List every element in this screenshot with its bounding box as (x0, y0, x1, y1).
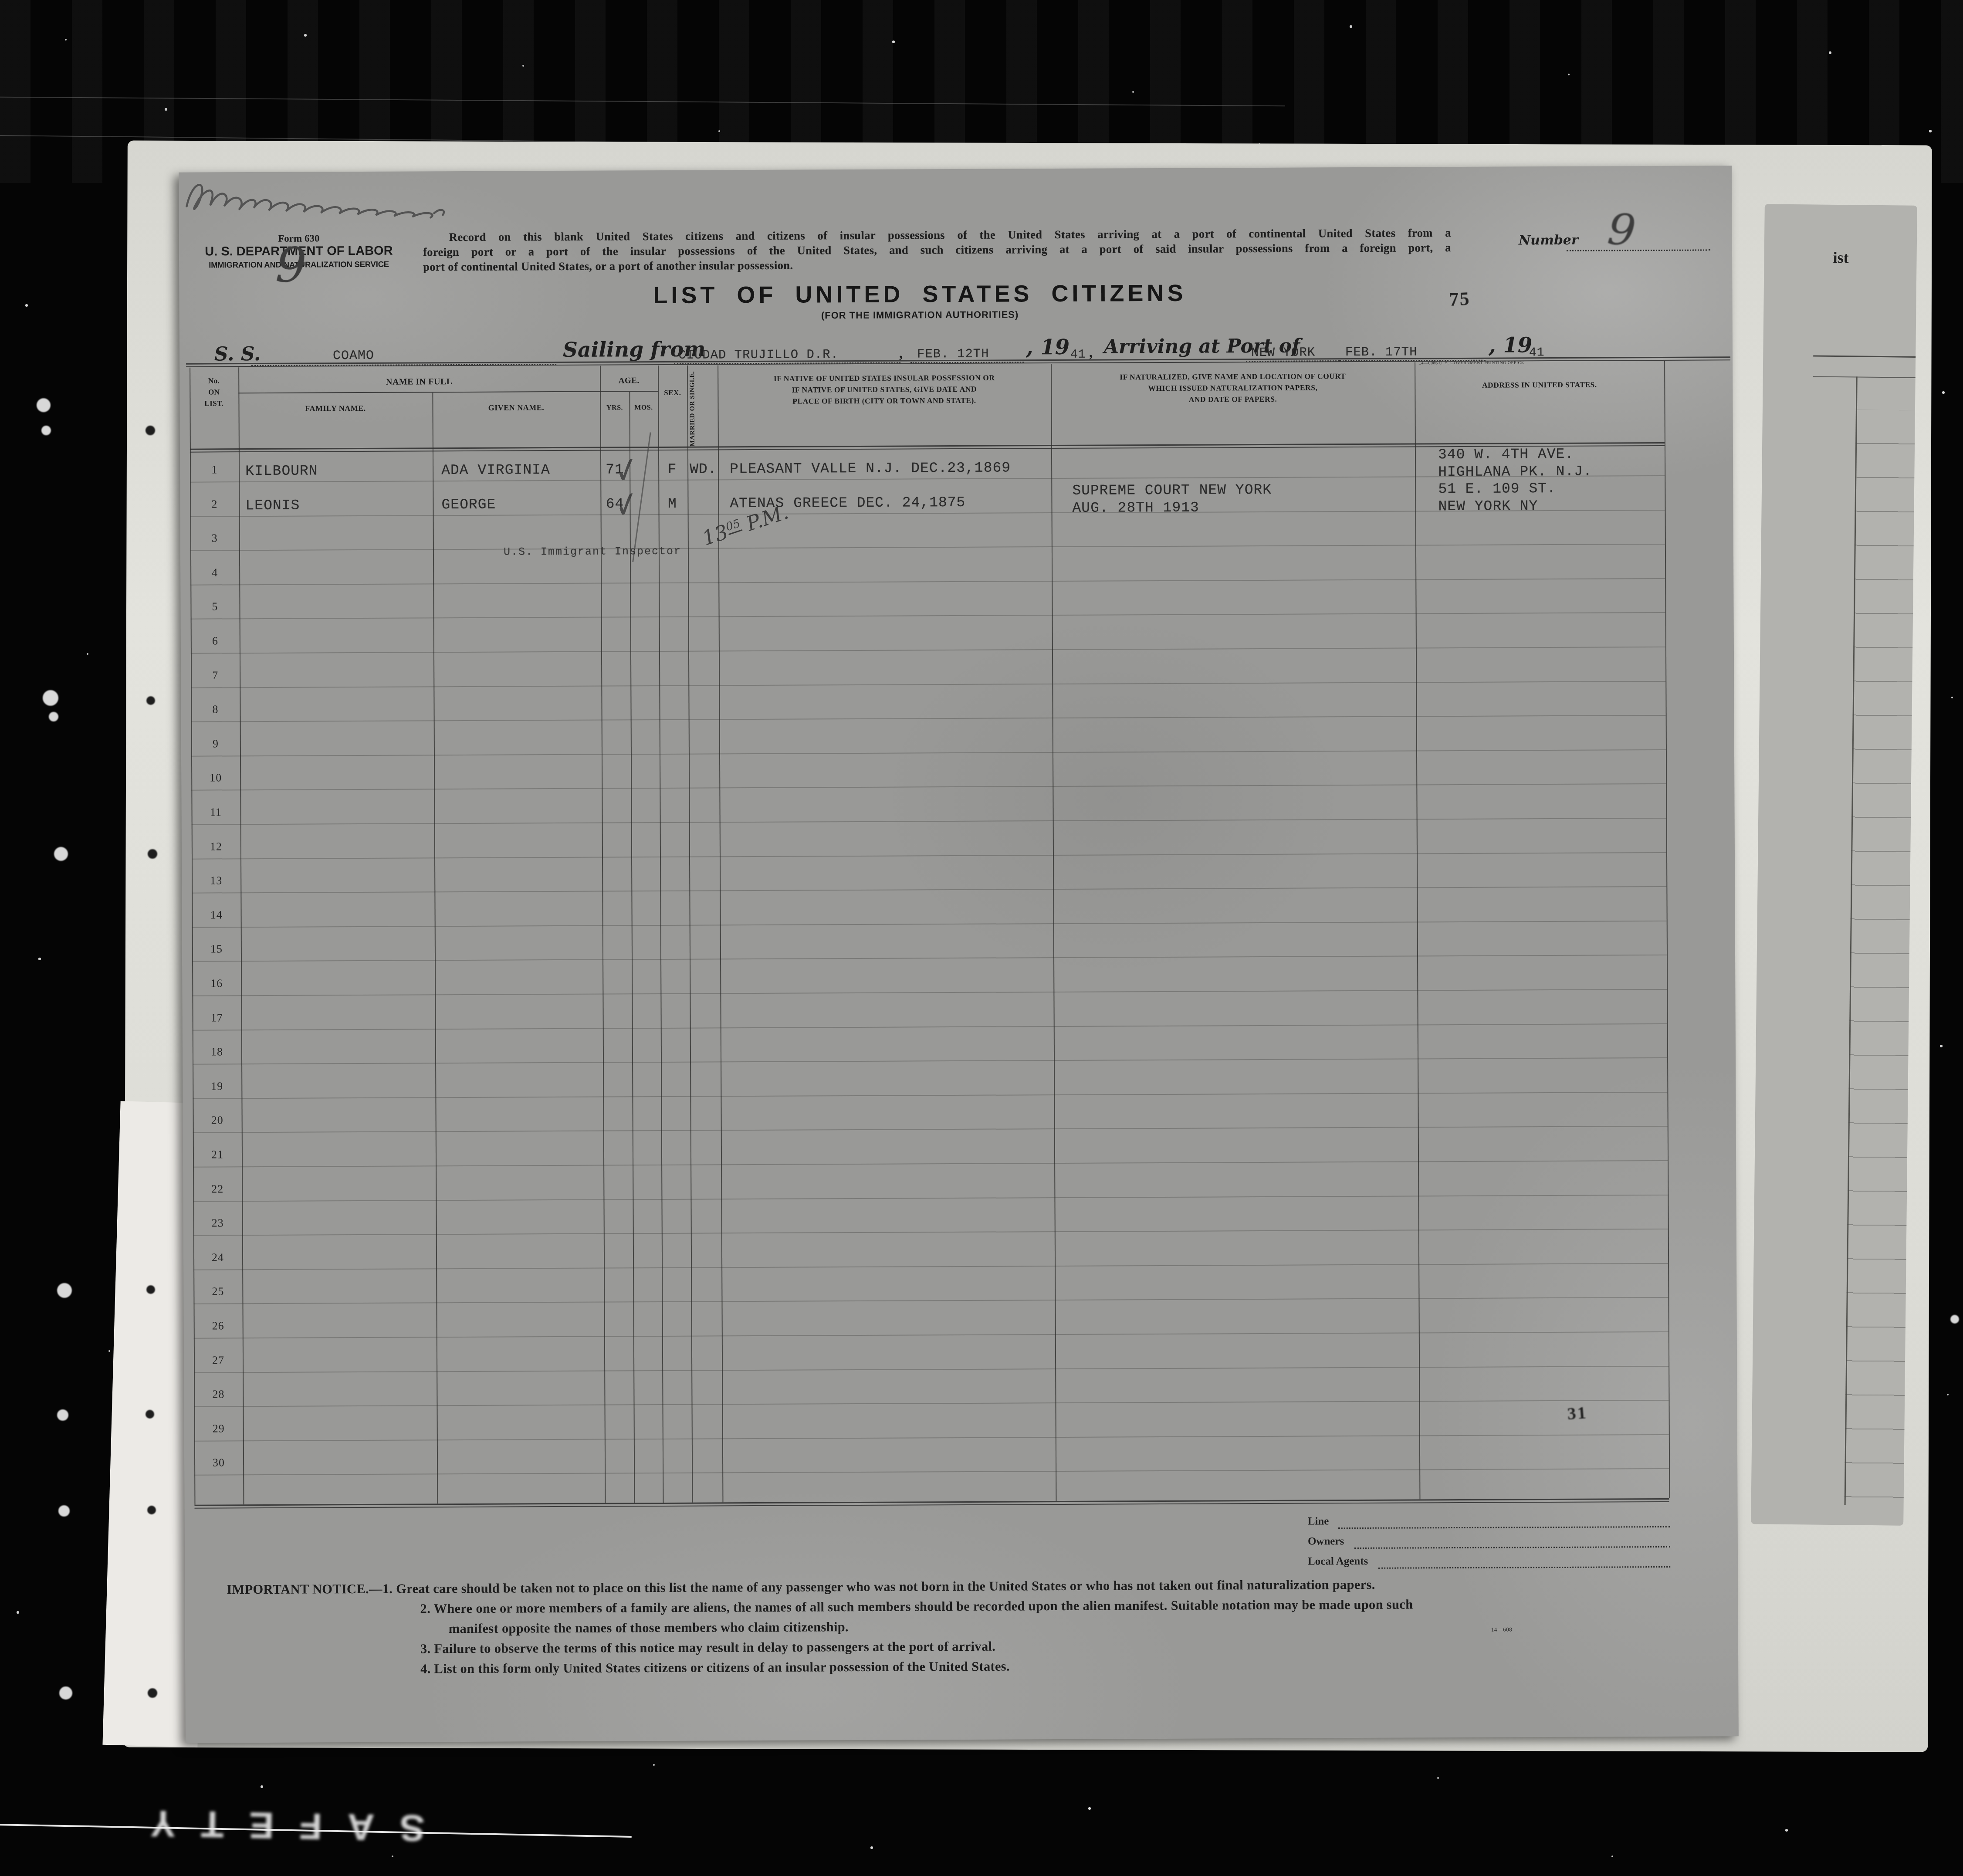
row-divider (194, 1331, 1669, 1339)
row-divider (193, 1194, 1668, 1202)
row-number: 23 (193, 1216, 242, 1229)
arrival-year-printed: , 19 (1489, 333, 1532, 357)
row-number: 29 (194, 1422, 243, 1435)
table-column-line (1415, 362, 1420, 1499)
row-divider (194, 1468, 1669, 1476)
arrival-port-value: NEW YORK (1251, 345, 1315, 360)
row-number: 26 (194, 1319, 243, 1332)
row-divider (192, 852, 1666, 860)
inspector-title: U.S. Immigrant Inspector (504, 545, 681, 559)
row-divider (192, 818, 1666, 825)
ss-label: S. S. (214, 343, 261, 365)
cell-address: HIGHLANA PK. N.J. (1438, 464, 1592, 481)
col-header-birth: IF NATIVE OF UNITED STATES INSULAR POSSE… (718, 372, 1051, 407)
cell-sex: M (655, 495, 690, 511)
number-line (1567, 249, 1710, 251)
adjacent-page-row-lines (1845, 410, 1915, 1504)
notice-line-5: 4. List on this form only United States … (420, 1659, 1010, 1677)
row-number: 8 (191, 703, 240, 716)
row-number: 6 (191, 634, 240, 647)
col-header-given-name: GIVEN NAME. (432, 402, 600, 414)
table-column-line (600, 366, 606, 1503)
row-divider (192, 955, 1667, 962)
row-divider (193, 1160, 1668, 1168)
row-number: 25 (193, 1285, 242, 1298)
row-number: 15 (192, 943, 241, 956)
comma: , (1089, 345, 1093, 361)
microfilm-scan: ist Form 630 U. S. DEPARTMENT OF LABOR I… (0, 0, 1963, 1876)
page-number-stamp: 75 (1449, 288, 1470, 311)
row-divider (193, 1092, 1667, 1099)
notice-line-1: IMPORTANT NOTICE.—1. Great care should b… (227, 1577, 1375, 1598)
row-number: 5 (190, 600, 239, 613)
table-column-line (1664, 361, 1670, 1498)
cell-marital-status: WD. (690, 461, 717, 477)
comma: , (899, 345, 903, 362)
col-header-name-in-full: NAME IN FULL (238, 376, 600, 389)
line-label: Line (1308, 1515, 1329, 1527)
page-subtitle: (FOR THE IMMIGRATION AUTHORITIES) (615, 308, 1225, 322)
cell-birth: PLEASANT VALLE N.J. DEC.23,1869 (730, 460, 1011, 477)
col-header-sex: SEX. (658, 387, 687, 399)
table-bottom-rule (194, 1498, 1669, 1509)
row-divider (190, 544, 1665, 551)
row-number: 22 (193, 1182, 242, 1195)
table-column-line (1051, 364, 1056, 1501)
row-divider (191, 749, 1666, 757)
row-divider (191, 612, 1665, 620)
line-field (1338, 1526, 1670, 1529)
adjacent-page-rule (1813, 355, 1916, 357)
row-divider (194, 1434, 1669, 1442)
punch-hole (59, 1686, 72, 1700)
row-divider (193, 1229, 1668, 1236)
row-number: 1 (190, 463, 239, 476)
film-edge-text: SAFETY (24, 1795, 425, 1850)
row-number: 16 (192, 977, 241, 990)
notice-line-2: 2. Where one or more members of a family… (420, 1597, 1413, 1616)
row-number: 21 (193, 1148, 242, 1161)
row-divider (191, 681, 1665, 688)
adjacent-page-rule (1813, 376, 1916, 378)
cell-birth: ATENAS GREECE DEC. 24,1875 (730, 494, 965, 511)
col-header-married-or-single: MARRIED OR SINGLE. (688, 370, 717, 447)
sailing-year-printed: , 19 (1026, 335, 1069, 359)
punch-hole (146, 1285, 155, 1294)
row-divider (193, 1057, 1667, 1065)
row-divider (193, 1023, 1667, 1030)
page-title: LIST OF UNITED STATES CITIZENS (615, 279, 1225, 309)
row-number: 12 (192, 840, 240, 853)
row-divider (193, 1126, 1668, 1133)
row-divider (191, 647, 1665, 654)
row-number: 3 (190, 532, 239, 545)
row-divider (194, 1365, 1669, 1373)
row-number: 28 (194, 1388, 243, 1401)
row-divider (191, 783, 1666, 791)
row-number: 30 (194, 1456, 243, 1470)
row-number: 9 (191, 737, 240, 750)
number-label: Number (1519, 233, 1578, 248)
punch-hole (146, 1410, 154, 1419)
col-header-age: AGE. (600, 375, 658, 387)
punch-hole (1950, 1315, 1959, 1324)
punch-hole (147, 1506, 156, 1514)
cell-sex: F (655, 461, 690, 477)
col-header-address: ADDRESS IN UNITED STATES. (1415, 379, 1664, 391)
row-number: 24 (193, 1251, 242, 1264)
row-number: 20 (193, 1114, 242, 1127)
row-divider (193, 1297, 1668, 1304)
form-code: 14—608 (1491, 1626, 1513, 1633)
manifest-form-page: Form 630 U. S. DEPARTMENT OF LABOR IMMIG… (179, 166, 1739, 1743)
row-number: 17 (193, 1011, 241, 1024)
col-header-mos: MOS. (629, 402, 658, 413)
row-divider (190, 578, 1665, 586)
header-split-line (238, 391, 658, 393)
notice-line-3: manifest opposite the names of those mem… (449, 1619, 849, 1636)
cell-address: NEW YORK NY (1438, 498, 1538, 515)
sheet-number-stamp: 31 (1567, 1402, 1588, 1424)
row-number: 13 (192, 874, 240, 887)
punch-hole (148, 1688, 157, 1698)
adjacent-page: ist (1751, 204, 1917, 1525)
ship-name-value: COAMO (333, 349, 374, 363)
local-agents-label: Local Agents (1308, 1555, 1368, 1568)
film-edge-text-label: SAFETY (125, 1802, 425, 1849)
handwritten-number-value: 9 (1605, 203, 1638, 257)
col-header-no: No.ONLIST. (190, 375, 238, 409)
cell-naturalization: AUG. 28TH 1913 (1072, 499, 1199, 516)
cell-naturalization: SUPREME COURT NEW YORK (1072, 481, 1272, 498)
cell-address: 51 E. 109 ST. (1438, 481, 1556, 497)
local-agents-field (1378, 1566, 1670, 1569)
table-column-line (658, 366, 663, 1503)
row-divider (192, 886, 1666, 894)
print-office-note: 14—0086 U. S. GOVERNMENT PRINTING OFFICE (1419, 360, 1550, 366)
punch-hole (58, 1505, 70, 1517)
cell-address: 340 W. 4TH AVE. (1438, 446, 1574, 463)
row-divider (194, 1400, 1669, 1407)
col-header-naturalization: IF NATURALIZED, GIVE NAME AND LOCATION O… (1051, 370, 1415, 406)
sailing-date-value: FEB. 12TH (917, 347, 989, 362)
row-divider (192, 989, 1667, 996)
row-number: 7 (191, 669, 240, 682)
table-column-line (687, 366, 693, 1503)
punch-hole (57, 1283, 72, 1298)
cell-given-name: GEORGE (441, 496, 496, 513)
cell-family-name: KILBOURN (245, 463, 318, 479)
arrival-date-value: FEB. 17TH (1345, 345, 1418, 359)
row-number: 11 (191, 806, 240, 819)
row-number: 18 (193, 1045, 241, 1058)
row-number: 27 (194, 1354, 243, 1367)
inspector-signature (179, 171, 458, 225)
punch-hole (146, 426, 155, 435)
cell-given-name: ADA VIRGINIA (441, 462, 550, 478)
cell-family-name: LEONIS (245, 497, 300, 514)
row-divider (191, 715, 1666, 722)
punch-hole (146, 696, 155, 705)
adjacent-page-text-fragment: ist (1833, 248, 1848, 267)
punch-hole (57, 1409, 68, 1421)
punch-hole (37, 398, 51, 412)
owners-field (1354, 1546, 1670, 1549)
notice-line-4: 3. Failure to observe the terms of this … (420, 1639, 995, 1657)
punch-hole (148, 849, 157, 859)
col-header-yrs: YRS. (600, 402, 629, 413)
row-divider (193, 1263, 1668, 1270)
row-number: 14 (192, 908, 241, 921)
row-divider (192, 921, 1667, 928)
punch-hole (54, 847, 68, 861)
punch-hole (49, 712, 58, 721)
punch-hole (41, 426, 51, 435)
owners-label: Owners (1308, 1535, 1344, 1548)
row-number: 19 (193, 1080, 241, 1093)
row-number: 4 (190, 566, 239, 579)
punch-hole (43, 690, 58, 706)
row-number: 10 (191, 772, 240, 785)
table-column-line (238, 367, 244, 1504)
col-header-family-name: FAMILY NAME. (238, 402, 432, 414)
handwritten-margin-number: 9 (274, 237, 308, 294)
row-number: 2 (190, 498, 239, 511)
film-specks (0, 0, 1, 1)
